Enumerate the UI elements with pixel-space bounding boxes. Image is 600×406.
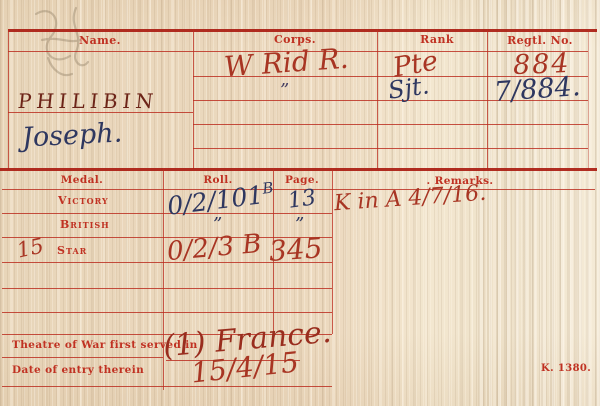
surname-value: PHILIBIN: [17, 91, 159, 111]
british-page-ditto: ”: [295, 216, 304, 234]
medal-column-header: Medal.: [38, 174, 126, 186]
forename-value: Joseph.: [21, 119, 122, 151]
victory-page-value: 13: [287, 187, 318, 213]
date-of-entry-value: 15/4/15: [190, 348, 300, 387]
regtl-no-column-header: Regtl. No.: [492, 34, 588, 47]
grid-line: [0, 168, 597, 171]
page-column-header: Page.: [262, 174, 342, 186]
rank-value-2: Sjt.: [387, 73, 431, 102]
grid-line: [2, 357, 163, 358]
grid-line: [8, 29, 9, 169]
grid-line: [2, 288, 332, 289]
star-page-value: 345: [268, 234, 323, 266]
form-number: K. 1380.: [541, 363, 591, 374]
rank-column-header: Rank: [394, 33, 480, 46]
grid-line: [193, 124, 588, 125]
medal-index-card: Name. Corps. Rank Regtl. No. Medal. Roll…: [0, 0, 600, 406]
grid-line: [487, 29, 488, 169]
remarks-value: K in A 4/7/16.: [333, 183, 486, 216]
grid-line: [2, 386, 332, 387]
victory-roll-suffix: B: [261, 179, 274, 198]
medal-row-label-star: Star: [57, 244, 87, 257]
corps-ditto-mark: ”: [280, 82, 289, 100]
grid-line: [588, 29, 589, 169]
medal-row-label-british: British: [60, 218, 110, 231]
grid-line: [193, 29, 194, 169]
medal-row-label-victory: Victory: [58, 194, 109, 207]
grid-line: [2, 213, 332, 214]
star-medal-prefix: 15: [15, 235, 46, 261]
name-column-header: Name.: [55, 34, 145, 47]
grid-line: [193, 148, 588, 149]
grid-line: [377, 29, 378, 169]
corps-value: W Rid R.: [223, 45, 349, 82]
grid-line: [8, 29, 597, 32]
star-roll-value: 0/2/3 B: [166, 231, 262, 265]
date-of-entry-label: Date of entry therein: [12, 364, 144, 376]
grid-line: [2, 312, 332, 313]
regtl-no-value-2: 7/884.: [493, 73, 581, 106]
